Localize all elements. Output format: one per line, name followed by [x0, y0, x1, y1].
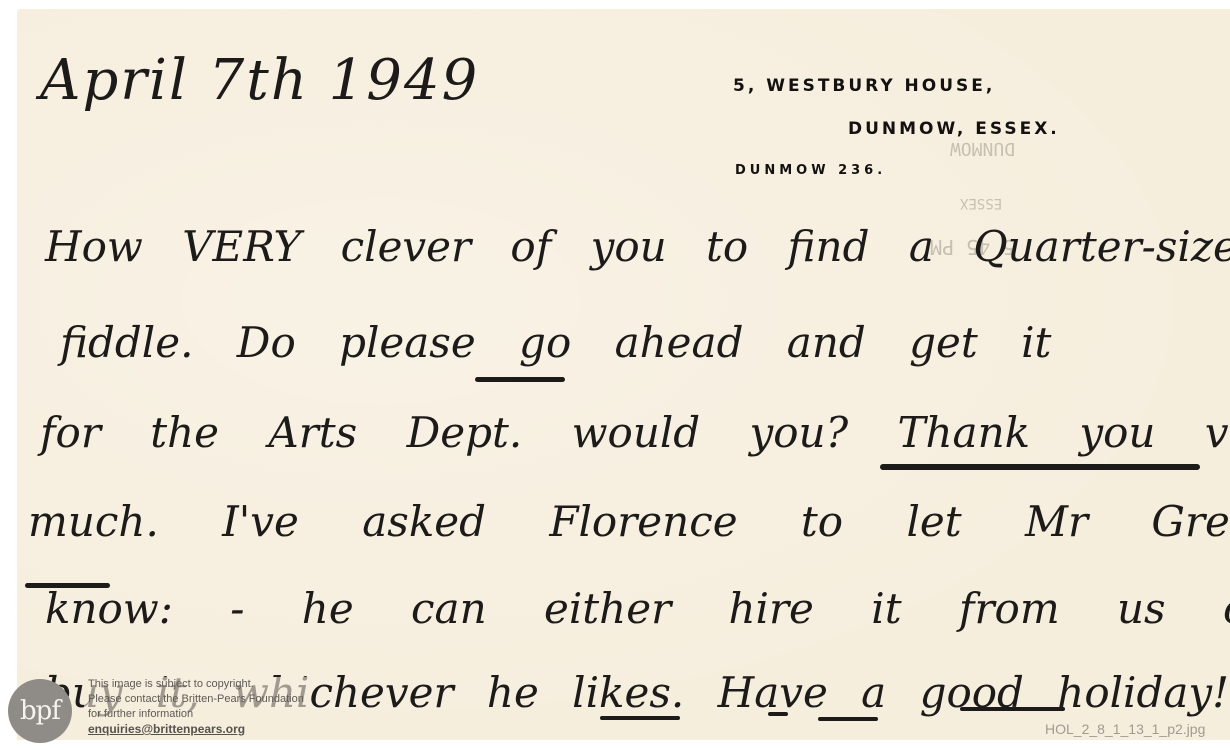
- underline-have: [600, 716, 680, 720]
- letterhead-address: 5, WESTBURY HOUSE,: [733, 76, 995, 96]
- postmark-line1: DUNMOW: [950, 138, 1015, 159]
- letterhead-phone: DUNMOW 236.: [735, 163, 886, 178]
- letter-line-3: for the Arts Dept. would you? Thank you …: [40, 408, 1230, 457]
- letter-date: April 7th 1949: [40, 48, 479, 113]
- copyright-watermark: bpf This image is subject to copyright. …: [8, 679, 268, 745]
- underline-good: [818, 717, 878, 721]
- copyright-line-2: Please contact the Britten-Pears Foundat…: [88, 692, 304, 707]
- letter-line-4: much. I've asked Florence to let Mr Gree…: [28, 497, 1230, 546]
- image-filename: HOL_2_8_1_13_1_p2.jpg: [1045, 721, 1205, 737]
- underline-thank-you: [880, 464, 1200, 470]
- letter-line-5: know: - he can either hire it from us or: [45, 584, 1230, 633]
- underline-holiday: [960, 707, 1065, 711]
- postmark-line2: ESSEX: [960, 195, 1002, 211]
- copyright-line-1: This image is subject to copyright.: [88, 677, 304, 692]
- underline-a: [768, 712, 788, 716]
- copyright-line-3: for further information: [88, 707, 304, 722]
- letter-line-1: How VERY clever of you to find a Quarter…: [45, 222, 1230, 271]
- copyright-notice: This image is subject to copyright. Plea…: [84, 677, 308, 737]
- contact-email-link[interactable]: enquiries@brittenpears.org: [88, 722, 304, 737]
- letter-line-2: fiddle. Do please go ahead and get it: [60, 318, 1051, 367]
- letterhead-town: DUNMOW, ESSEX.: [848, 119, 1060, 139]
- underline-very-much: [25, 583, 110, 588]
- underline-please: [475, 377, 565, 382]
- bpf-logo: bpf: [8, 679, 72, 743]
